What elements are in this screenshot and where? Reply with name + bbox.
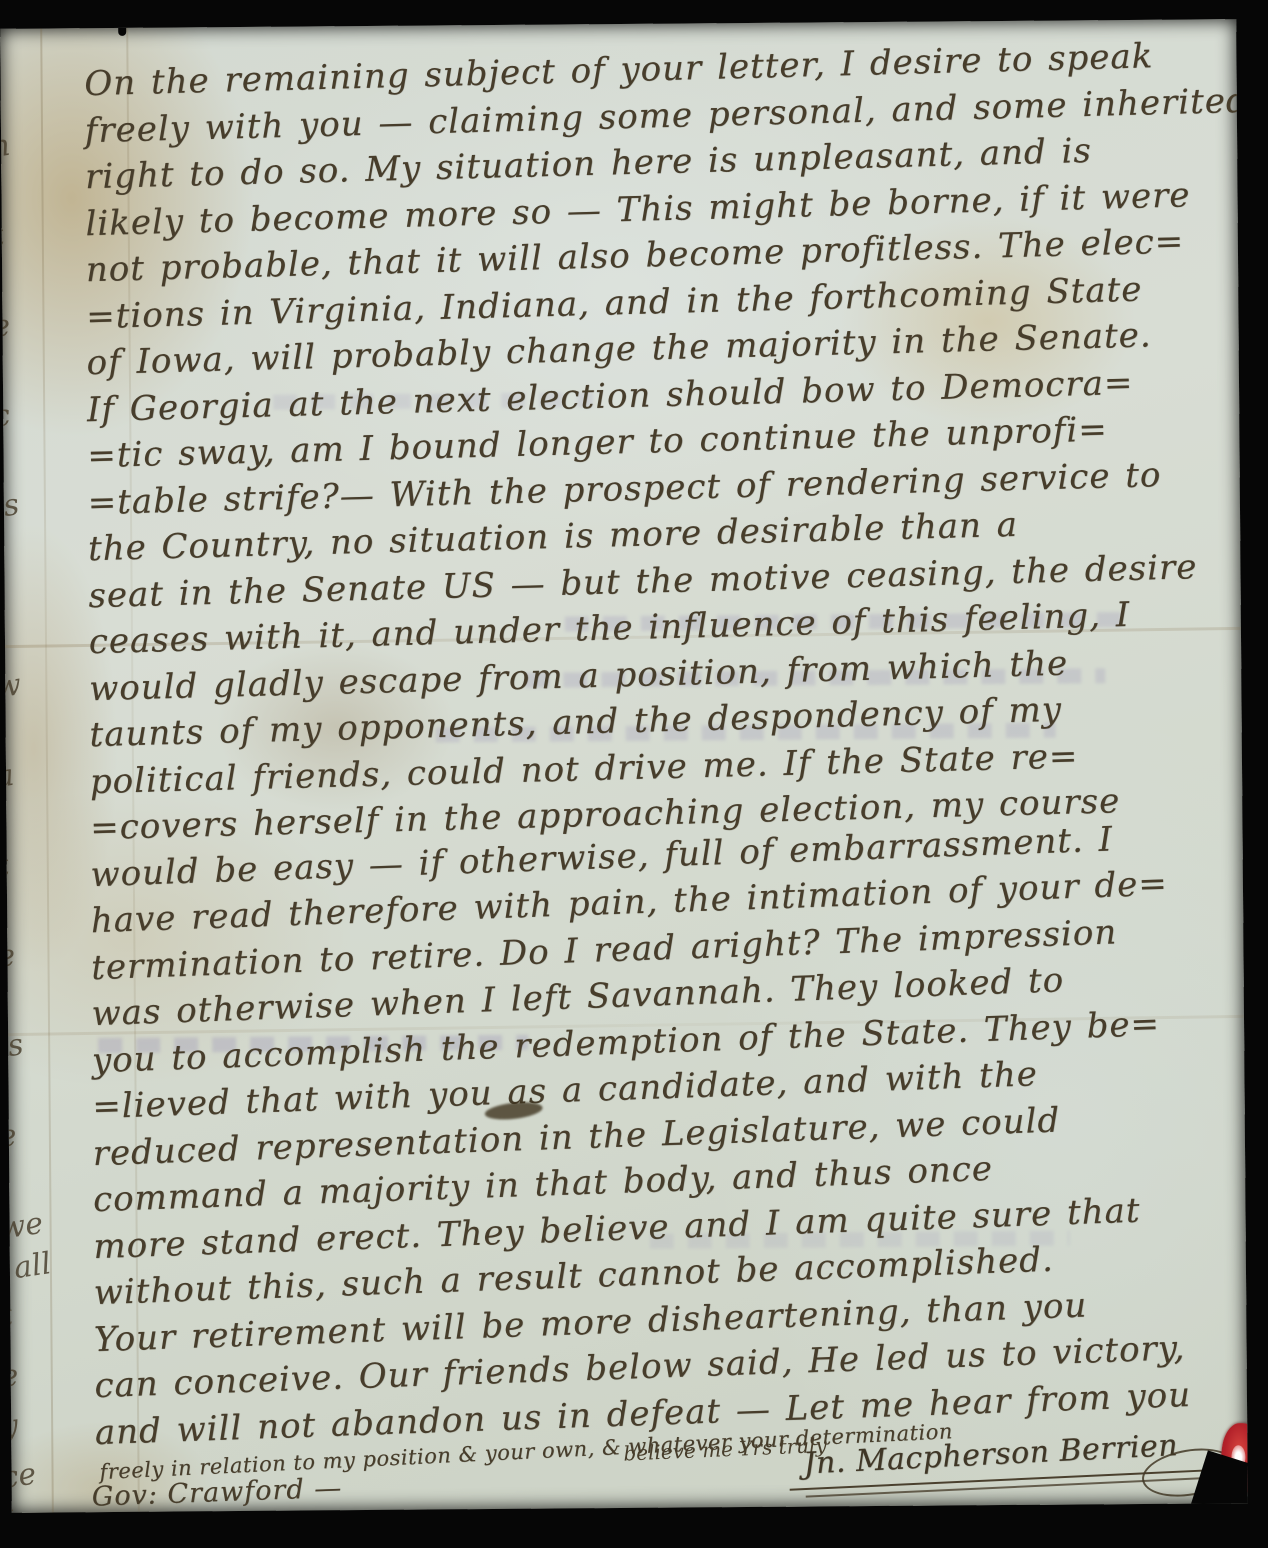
letter-body: On the remaining subject of your letter,… [84,55,1225,1459]
paper-edge-nick [118,24,126,36]
ink-fragment: y [0,1408,20,1445]
ink-fragment: e [0,1358,21,1395]
signature-block: Jn. Macpherson Berrien [803,1443,1243,1481]
ink-fragment: ce [0,1456,38,1496]
ink-fragment: t [0,848,11,884]
scanner-background: h t e c is l w a t e is e we t e y ce al… [0,0,1268,1548]
ink-fragment: we [0,1206,45,1247]
ink-fragment: e [0,308,13,345]
left-margin-ink-fragments: h t e c is l w a t e is e we t e y ce al… [0,68,72,1512]
ink-fragment: h [0,128,13,165]
ink-fragment: t [0,1298,15,1334]
ink-fragment: w [0,667,23,705]
ink-fragment: is [0,1027,25,1065]
ink-fragment: t [0,218,6,254]
letter-paper-sheet: h t e c is l w a t e is e we t e y ce al… [0,19,1248,1513]
ink-fragment: is [0,487,21,525]
ink-fragment: t [0,1498,16,1513]
ink-fragment: l [0,578,7,614]
ink-fragment: all [12,1246,54,1286]
ink-fragment: a [0,758,16,795]
ink-fragment: c [0,398,12,435]
ink-fragment: e [0,938,18,975]
ink-fragment: e [0,1118,19,1155]
